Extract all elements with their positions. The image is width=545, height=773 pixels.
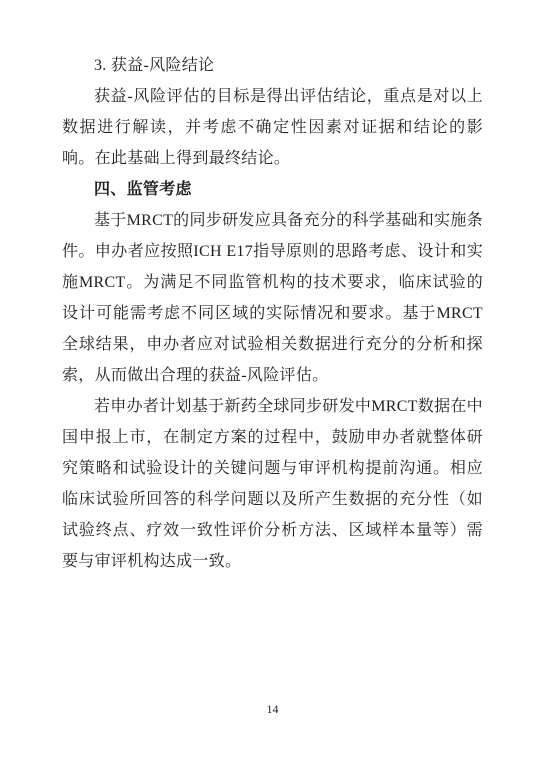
- page-number: 14: [0, 701, 545, 717]
- document-content: 3. 获益-风险结论 获益-风险评估的目标是得出评估结论，重点是对以上数据进行解…: [62, 50, 483, 577]
- document-page: 3. 获益-风险结论 获益-风险评估的目标是得出评估结论，重点是对以上数据进行解…: [0, 0, 545, 773]
- paragraph-regulatory-considerations-2: 若申办者计划基于新药全球同步研发中MRCT数据在中国申报上市，在制定方案的过程中…: [62, 391, 483, 577]
- subsection-heading-benefit-risk-conclusion: 3. 获益-风险结论: [62, 50, 483, 81]
- section-heading-regulatory-considerations: 四、监管考虑: [62, 174, 483, 205]
- paragraph-regulatory-considerations-1: 基于MRCT的同步研发应具备充分的科学基础和实施条件。申办者应按照ICH E17…: [62, 205, 483, 391]
- paragraph-benefit-risk-conclusion: 获益-风险评估的目标是得出评估结论，重点是对以上数据进行解读，并考虑不确定性因素…: [62, 81, 483, 174]
